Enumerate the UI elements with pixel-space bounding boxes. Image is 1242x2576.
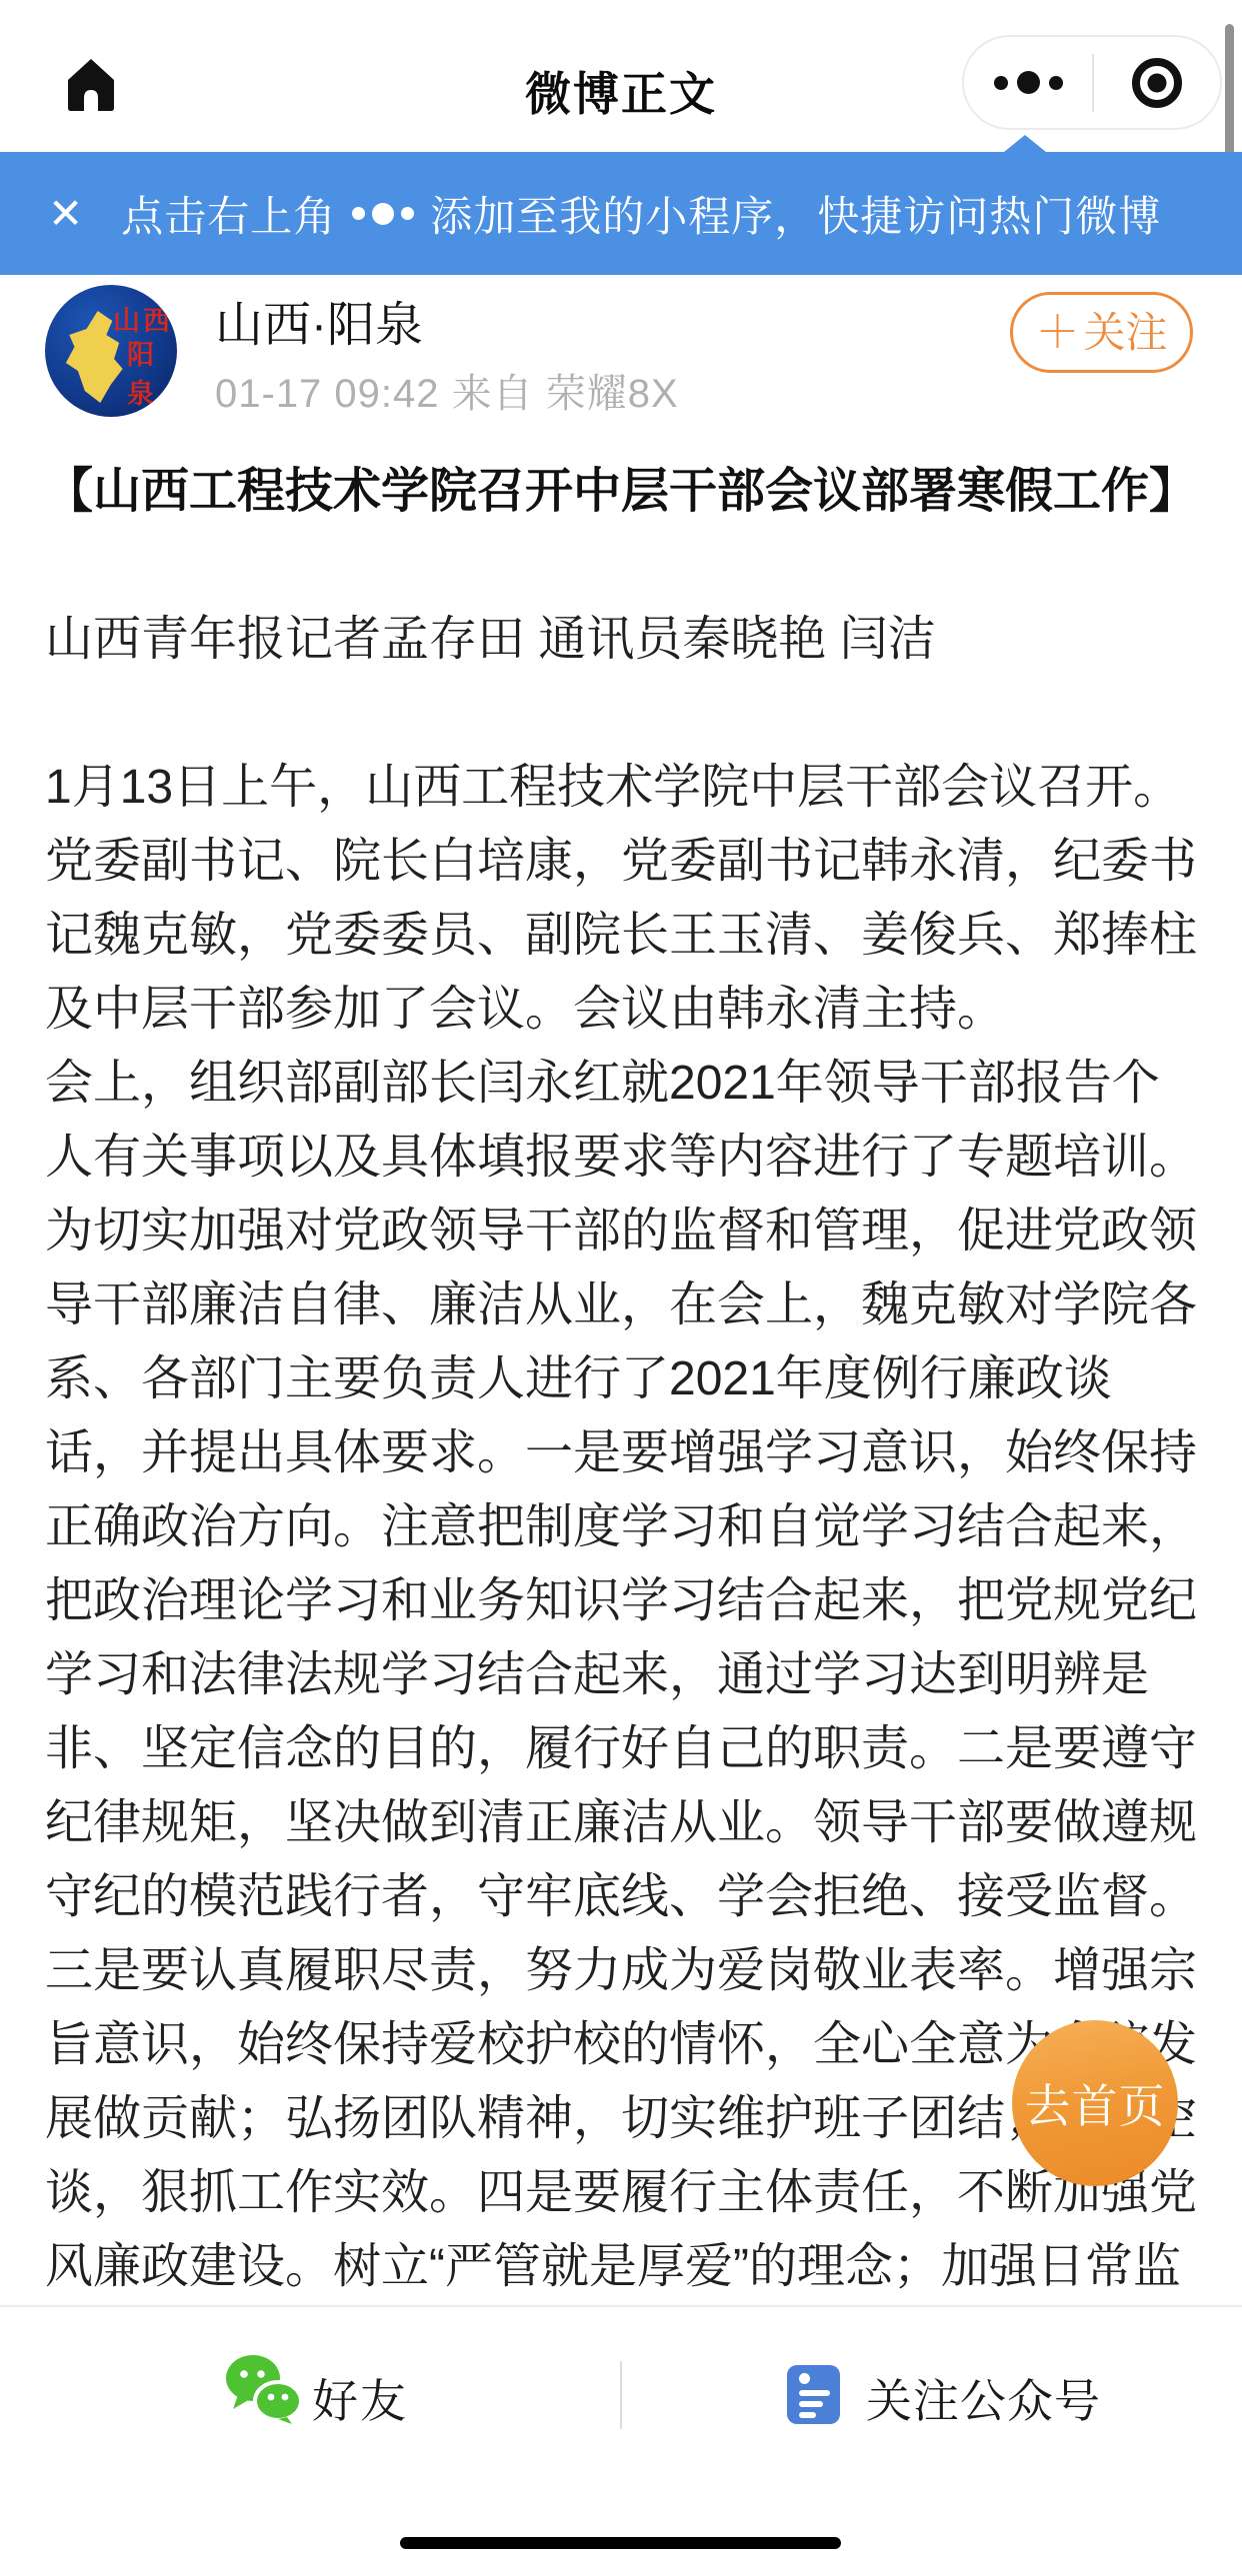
more-options-button[interactable] [964, 37, 1092, 128]
bottom-bar [0, 2307, 1242, 2576]
post-meta: 01-17 09:42 来自 荣耀8X [215, 362, 679, 419]
banner-text-suffix: 添加至我的小程序，快捷访问热门微博 [430, 184, 1161, 244]
exit-circle-icon [1129, 55, 1185, 111]
home-indicator-bar [400, 2537, 841, 2549]
article-title: 【山西工程技术学院召开中层干部会议部署寒假工作】 [45, 455, 1197, 529]
banner-text: 点击右上角 添加至我的小程序，快捷访问热门微博 [121, 184, 1161, 244]
plus-icon: ＋ [1035, 311, 1079, 355]
avatar[interactable]: 山西 阳泉 [45, 285, 177, 417]
close-mini-program-button[interactable] [1094, 55, 1220, 111]
add-to-miniprogram-banner: ✕ 点击右上角 添加至我的小程序，快捷访问热门微博 [0, 152, 1242, 275]
wechat-friends-icon[interactable] [224, 2353, 302, 2425]
article-paragraph: 1月13日上午，山西工程技术学院中层干部会议召开。党委副书记、院长白培康，党委副… [45, 751, 1197, 1047]
weibo-article-mini-program: 微博正文 ✕ 点击右上角 添加至我的小程序，快捷 [0, 0, 1242, 2576]
follow-button-label: 关注 [1083, 312, 1167, 354]
follow-official-account-label[interactable]: 关注公众号 [866, 2365, 1101, 2431]
follow-button[interactable]: ＋ 关注 [1010, 292, 1193, 373]
more-dot-icon [1017, 71, 1040, 94]
go-home-floating-button[interactable]: 去首页 [1012, 2020, 1178, 2186]
more-dot-icon [994, 76, 1008, 90]
article-paragraph: 会上，组织部副部长闫永红就2021年领导干部报告个人有关事项以及具体填报要求等内… [45, 1047, 1197, 2378]
more-dot-icon [1049, 76, 1063, 90]
bottom-bar-divider [620, 2361, 622, 2429]
official-account-icon[interactable] [787, 2365, 840, 2424]
share-to-friends-label[interactable]: 好友 [312, 2365, 408, 2431]
more-dots-inline-icon [352, 203, 414, 225]
banner-close-icon[interactable]: ✕ [48, 193, 83, 235]
nav-bar: 微博正文 [0, 0, 1242, 152]
author-name[interactable]: 山西·阳泉 [215, 286, 423, 355]
banner-text-prefix: 点击右上角 [121, 184, 336, 244]
banner-notch [1004, 135, 1046, 152]
avatar-text: 阳泉 [127, 333, 177, 411]
mini-program-capsule [962, 35, 1222, 130]
article-byline: 山西青年报记者孟存田 通讯员秦晓艳 闫洁 [45, 603, 1197, 677]
